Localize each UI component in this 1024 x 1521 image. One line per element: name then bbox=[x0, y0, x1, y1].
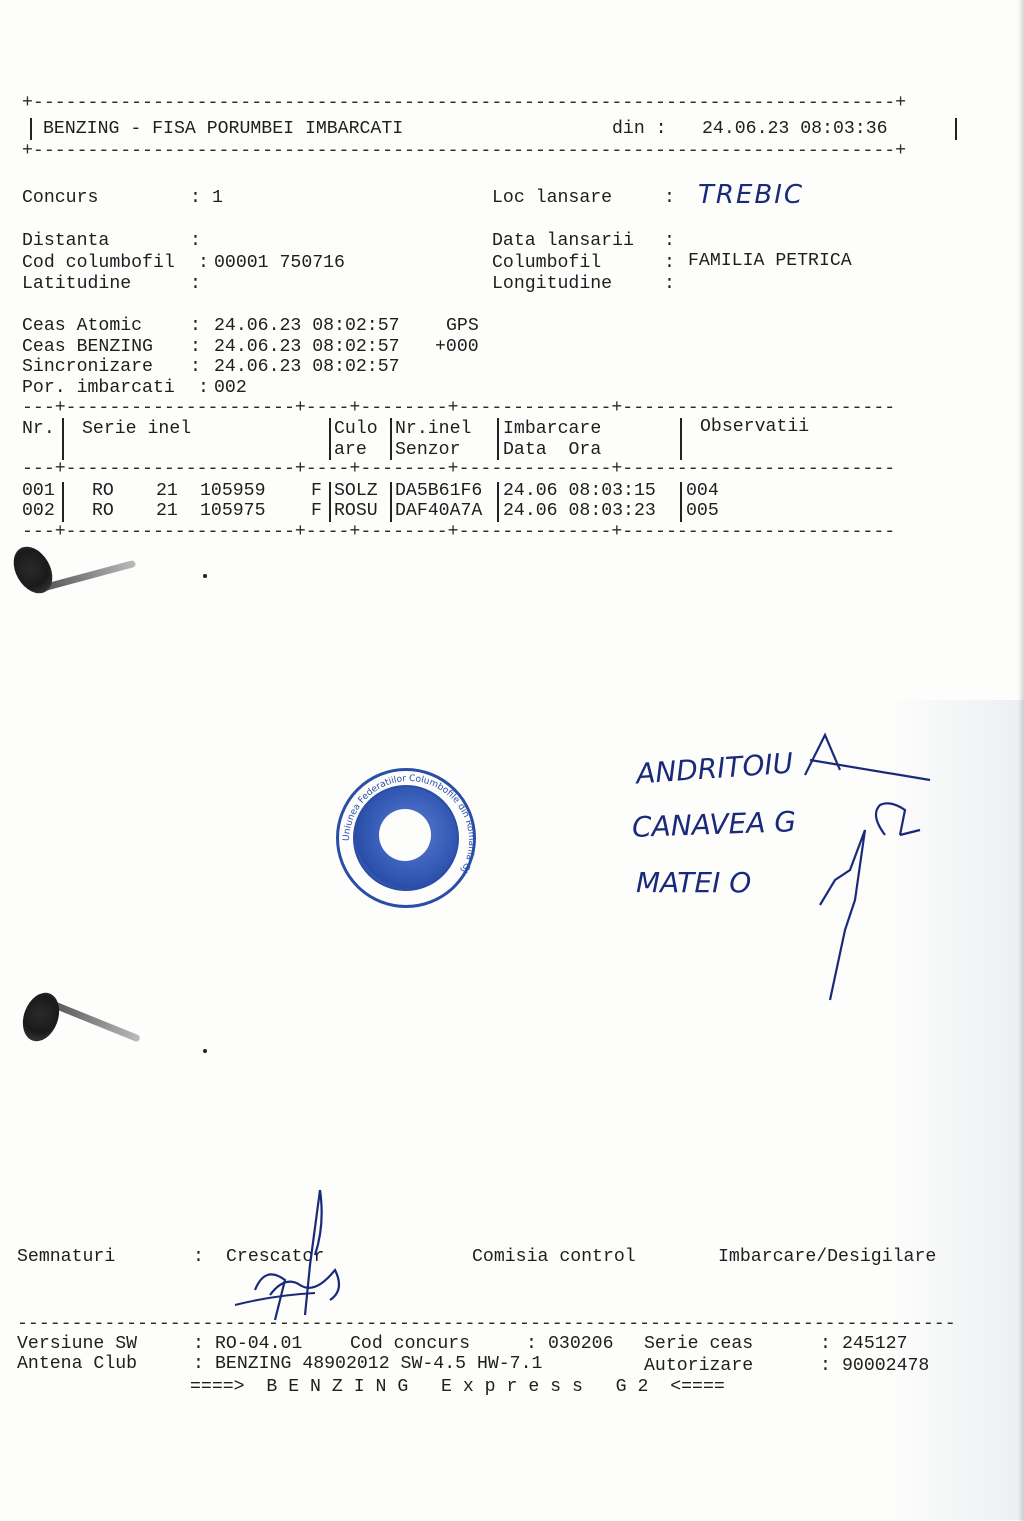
cell-culoare: ROSU bbox=[334, 501, 378, 522]
sincronizare-colon: : bbox=[190, 357, 201, 378]
table-col-divider bbox=[497, 502, 499, 522]
cell-an: 21 bbox=[156, 481, 178, 502]
ceas-benzing-label: Ceas BENZING bbox=[22, 337, 153, 358]
table-header-divider: ---+---------------------+----+--------+… bbox=[22, 459, 895, 480]
semnatura-imbarcare-label: Imbarcare/Desigilare bbox=[718, 1247, 936, 1268]
cell-observatii: 004 bbox=[686, 481, 719, 502]
serie-ceas-label: Serie ceas bbox=[644, 1334, 753, 1355]
cell-data-ora: 24.06 08:03:15 bbox=[503, 481, 656, 502]
concurs-value: 1 bbox=[212, 188, 223, 209]
ceas-atomic-colon: : bbox=[190, 316, 201, 337]
scan-dot bbox=[203, 574, 207, 578]
distanta-label: Distanta bbox=[22, 231, 109, 252]
benzing-banner: ====> B E N Z I N G E x p r e s s G 2 <=… bbox=[190, 1377, 725, 1398]
ceas-atomic-label: Ceas Atomic bbox=[22, 316, 142, 337]
cell-senzor: DAF40A7A bbox=[395, 501, 482, 522]
antena-club-label: Antena Club bbox=[17, 1354, 137, 1375]
header-imbarcare-2: Data Ora bbox=[503, 440, 601, 461]
latitudine-label: Latitudine bbox=[22, 274, 131, 295]
cod-columbofil-value: 00001 750716 bbox=[214, 253, 345, 274]
cod-concurs-colon: : bbox=[526, 1334, 537, 1355]
table-col-divider bbox=[497, 482, 499, 502]
autorizare-value: 90002478 bbox=[842, 1356, 929, 1377]
cell-observatii: 005 bbox=[686, 501, 719, 522]
distanta-colon: : bbox=[190, 231, 201, 252]
table-col-divider-2 bbox=[329, 418, 331, 460]
document-title: BENZING - FISA PORUMBEI IMBARCATI bbox=[43, 119, 403, 140]
antena-club-colon: : bbox=[193, 1354, 204, 1375]
cod-columbofil-colon: : bbox=[198, 253, 209, 274]
loc-lansare-label: Loc lansare bbox=[492, 188, 612, 209]
table-col-divider bbox=[329, 482, 331, 502]
data-lansarii-label: Data lansarii bbox=[492, 231, 634, 252]
cod-concurs-label: Cod concurs bbox=[350, 1334, 470, 1355]
concurs-colon: : bbox=[190, 188, 201, 209]
table-col-divider-5 bbox=[680, 418, 682, 460]
autorizare-colon: : bbox=[820, 1356, 831, 1377]
table-col-divider bbox=[390, 482, 392, 502]
table-col-divider-4 bbox=[497, 418, 499, 460]
cell-tara: RO bbox=[92, 501, 114, 522]
antena-club-value: BENZING 48902012 SW-4.5 HW-7.1 bbox=[215, 1354, 542, 1375]
table-col-divider bbox=[329, 502, 331, 522]
table-col-divider bbox=[390, 502, 392, 522]
header-nr: Nr. bbox=[22, 419, 55, 440]
cod-concurs-value: 030206 bbox=[548, 1334, 614, 1355]
semnaturi-label: Semnaturi bbox=[17, 1247, 115, 1268]
loc-lansare-value: TREBIC bbox=[698, 180, 804, 210]
header-culoare-1: Culo bbox=[334, 419, 378, 440]
cod-columbofil-label: Cod columbofil bbox=[22, 253, 175, 274]
semnatura-comisia-label: Comisia control bbox=[472, 1247, 636, 1268]
table-border-bottom: ---+---------------------+----+--------+… bbox=[22, 522, 895, 543]
cell-serie: 105959 bbox=[200, 481, 266, 502]
cell-serie: 105975 bbox=[200, 501, 266, 522]
stamp-ring-text: Uniunea Federatiilor Columbofile din Rom… bbox=[339, 771, 479, 911]
table-col-divider-3 bbox=[390, 418, 392, 460]
table-col-divider bbox=[62, 482, 64, 502]
data-lansarii-colon: : bbox=[664, 231, 675, 252]
latitudine-colon: : bbox=[190, 274, 201, 295]
ceas-atomic-suffix: GPS bbox=[446, 316, 479, 337]
cell-tara: RO bbox=[92, 481, 114, 502]
header-border-left bbox=[30, 118, 32, 140]
club-stamp: Uniunea Federatiilor Columbofile din Rom… bbox=[336, 768, 476, 908]
ceas-benzing-suffix: +000 bbox=[435, 337, 479, 358]
autorizare-label: Autorizare bbox=[644, 1356, 753, 1377]
versiune-sw-colon: : bbox=[193, 1334, 204, 1355]
columbofil-value: FAMILIA PETRICA bbox=[688, 251, 852, 272]
header-imbarcare-1: Imbarcare bbox=[503, 419, 601, 440]
header-border-bottom: +---------------------------------------… bbox=[22, 141, 906, 162]
ceas-atomic-value: 24.06.23 08:02:57 bbox=[214, 316, 400, 337]
por-imbarcati-value: 002 bbox=[214, 378, 247, 399]
serie-ceas-value: 245127 bbox=[842, 1334, 908, 1355]
cell-senzor: DA5B61F6 bbox=[395, 481, 482, 502]
versiune-sw-label: Versiune SW bbox=[17, 1334, 137, 1355]
punch-hole-bottom bbox=[16, 988, 65, 1047]
header-nr-inel-1: Nr.inel bbox=[395, 419, 471, 440]
cell-an: 21 bbox=[156, 501, 178, 522]
table-col-divider bbox=[62, 502, 64, 522]
header-date-value: 24.06.23 08:03:36 bbox=[702, 119, 888, 140]
sincronizare-value: 24.06.23 08:02:57 bbox=[214, 357, 400, 378]
header-border-top: +---------------------------------------… bbox=[22, 93, 906, 114]
longitudine-colon: : bbox=[664, 274, 675, 295]
loc-lansare-colon: : bbox=[664, 188, 675, 209]
cell-nr: 002 bbox=[22, 501, 55, 522]
columbofil-label: Columbofil bbox=[492, 253, 601, 274]
table-col-divider-1 bbox=[62, 418, 64, 460]
cell-sex: F bbox=[311, 501, 322, 522]
paper-edge bbox=[1018, 0, 1024, 1521]
cell-data-ora: 24.06 08:03:23 bbox=[503, 501, 656, 522]
punch-hole-shadow-top bbox=[43, 560, 137, 591]
svg-text:Uniunea Federatiilor Columbofi: Uniunea Federatiilor Columbofile din Rom… bbox=[342, 774, 476, 874]
scan-dot bbox=[203, 1049, 207, 1053]
longitudine-label: Longitudine bbox=[492, 274, 612, 295]
table-border-top: ---+---------------------+----+--------+… bbox=[22, 398, 895, 419]
concurs-label: Concurs bbox=[22, 188, 98, 209]
semnaturi-colon: : bbox=[193, 1247, 204, 1268]
versiune-sw-value: RO-04.01 bbox=[215, 1334, 302, 1355]
serie-ceas-colon: : bbox=[820, 1334, 831, 1355]
punch-hole-shadow-bottom bbox=[50, 1000, 141, 1042]
header-serie-inel: Serie inel bbox=[82, 419, 191, 440]
table-col-divider bbox=[680, 502, 682, 522]
ceas-benzing-value: 24.06.23 08:02:57 bbox=[214, 337, 400, 358]
columbofil-colon: : bbox=[664, 253, 675, 274]
cell-nr: 001 bbox=[22, 481, 55, 502]
crescator-signature bbox=[225, 1185, 355, 1325]
handwritten-signatures bbox=[600, 720, 940, 1010]
header-nr-inel-2: Senzor bbox=[395, 440, 461, 461]
table-col-divider bbox=[680, 482, 682, 502]
header-border-right bbox=[955, 118, 957, 140]
header-date-label: din : bbox=[612, 119, 667, 140]
footer-divider: ----------------------------------------… bbox=[17, 1314, 956, 1335]
por-imbarcati-label: Por. imbarcati bbox=[22, 378, 175, 399]
cell-culoare: SOLZ bbox=[334, 481, 378, 502]
punch-hole-top bbox=[6, 540, 60, 600]
header-culoare-2: are bbox=[334, 440, 367, 461]
ceas-benzing-colon: : bbox=[190, 337, 201, 358]
por-imbarcati-colon: : bbox=[198, 378, 209, 399]
sincronizare-label: Sincronizare bbox=[22, 357, 153, 378]
cell-sex: F bbox=[311, 481, 322, 502]
header-observatii: Observatii bbox=[700, 417, 809, 438]
